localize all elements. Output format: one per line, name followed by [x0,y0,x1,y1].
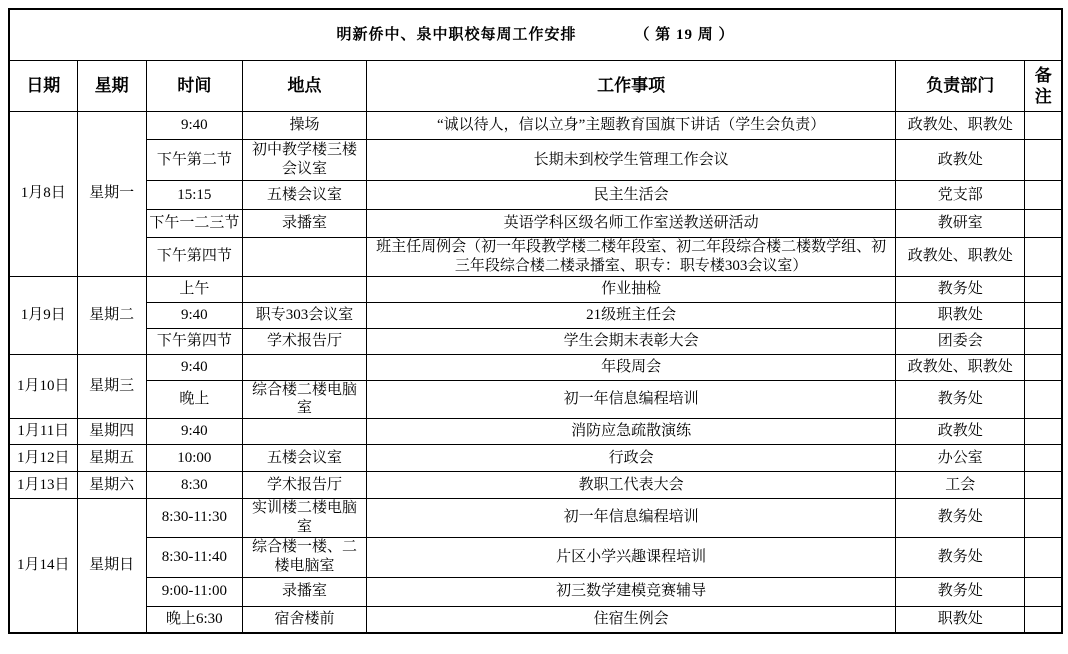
weekday-cell: 星期三 [77,354,146,419]
department-cell: 工会 [896,472,1025,499]
remark-cell [1025,210,1062,238]
table-row: 9:40 职专303会议室 21级班主任会 职教处 [9,302,1062,328]
time-cell: 9:00-11:00 [146,577,242,606]
location-cell [242,354,366,380]
table-row: 下午一二三节 录播室 英语学科区级名师工作室送教送研活动 教研室 [9,210,1062,238]
location-cell: 学术报告厅 [242,472,366,499]
location-cell [242,419,366,445]
date-cell: 1月11日 [9,419,77,445]
task-cell: 消防应急疏散演练 [367,419,896,445]
time-cell: 8:30 [146,472,242,499]
department-cell: 教务处 [896,577,1025,606]
location-cell: 职专303会议室 [242,302,366,328]
department-cell: 团委会 [896,328,1025,354]
col-header-weekday: 星期 [77,61,146,112]
table-title-cell: 明新侨中、泉中职校每周工作安排 （ 第 19 周 ） [9,9,1062,61]
table-row: 下午第二节 初中教学楼三楼会议室 长期未到校学生管理工作会议 政教处 [9,140,1062,181]
task-cell: 初三数学建模竞赛辅导 [367,577,896,606]
location-cell: 初中教学楼三楼会议室 [242,140,366,181]
remark-cell [1025,181,1062,210]
table-row: 下午第四节 学术报告厅 学生会期末表彰大会 团委会 [9,328,1062,354]
weekday-cell: 星期五 [77,445,146,472]
department-cell: 教务处 [896,537,1025,577]
time-cell: 8:30-11:40 [146,537,242,577]
task-cell: 作业抽检 [367,276,896,302]
task-cell: 英语学科区级名师工作室送教送研活动 [367,210,896,238]
department-cell: 办公室 [896,445,1025,472]
weekday-cell: 星期日 [77,499,146,634]
location-cell: 综合楼一楼、二楼电脑室 [242,537,366,577]
location-cell: 五楼会议室 [242,445,366,472]
page-title: 明新侨中、泉中职校每周工作安排 [336,26,576,45]
table-row: 8:30-11:40 综合楼一楼、二楼电脑室 片区小学兴趣课程培训 教务处 [9,537,1062,577]
remark-cell [1025,445,1062,472]
location-cell: 操场 [242,112,366,140]
col-header-location: 地点 [242,61,366,112]
table-row: 1月12日 星期五 10:00 五楼会议室 行政会 办公室 [9,445,1062,472]
task-cell: 教职工代表大会 [367,472,896,499]
date-cell: 1月14日 [9,499,77,634]
date-cell: 1月8日 [9,112,77,277]
time-cell: 上午 [146,276,242,302]
department-cell: 职教处 [896,302,1025,328]
department-cell: 教务处 [896,380,1025,419]
task-cell: 片区小学兴趣课程培训 [367,537,896,577]
remark-cell [1025,354,1062,380]
task-cell: 初一年信息编程培训 [367,380,896,419]
time-cell: 下午第二节 [146,140,242,181]
location-cell: 录播室 [242,210,366,238]
time-cell: 下午第四节 [146,328,242,354]
table-row: 1月14日 星期日 8:30-11:30 实训楼二楼电脑室 初一年信息编程培训 … [9,499,1062,538]
schedule-page: 明新侨中、泉中职校每周工作安排 （ 第 19 周 ） 日期 星期 时间 地点 工… [0,0,1068,654]
col-header-time: 时间 [146,61,242,112]
weekday-cell: 星期一 [77,112,146,277]
remark-cell [1025,606,1062,633]
remark-cell [1025,499,1062,538]
date-cell: 1月13日 [9,472,77,499]
title-row: 明新侨中、泉中职校每周工作安排 （ 第 19 周 ） [9,9,1062,61]
table-row: 1月8日 星期一 9:40 操场 “诚以待人，信以立身”主题教育国旗下讲话（学生… [9,112,1062,140]
remark-cell [1025,577,1062,606]
task-cell: 长期未到校学生管理工作会议 [367,140,896,181]
col-header-task: 工作事项 [367,61,896,112]
header-row: 日期 星期 时间 地点 工作事项 负责部门 备注 [9,61,1062,112]
remark-cell [1025,419,1062,445]
location-cell: 实训楼二楼电脑室 [242,499,366,538]
time-cell: 晚上6:30 [146,606,242,633]
task-cell: 学生会期末表彰大会 [367,328,896,354]
weekday-cell: 星期六 [77,472,146,499]
department-cell: 政教处 [896,140,1025,181]
location-cell [242,238,366,277]
col-header-remark: 备注 [1025,61,1062,112]
time-cell: 9:40 [146,354,242,380]
task-cell: 年段周会 [367,354,896,380]
time-cell: 10:00 [146,445,242,472]
table-row: 晚上 综合楼二楼电脑室 初一年信息编程培训 教务处 [9,380,1062,419]
time-cell: 9:40 [146,419,242,445]
table-row: 1月10日 星期三 9:40 年段周会 政教处、职教处 [9,354,1062,380]
remark-cell [1025,380,1062,419]
table-row: 1月13日 星期六 8:30 学术报告厅 教职工代表大会 工会 [9,472,1062,499]
task-cell: 民主生活会 [367,181,896,210]
table-row: 9:00-11:00 录播室 初三数学建模竞赛辅导 教务处 [9,577,1062,606]
weekly-schedule-table: 明新侨中、泉中职校每周工作安排 （ 第 19 周 ） 日期 星期 时间 地点 工… [8,8,1063,634]
remark-cell [1025,302,1062,328]
task-cell: 班主任周例会（初一年段教学楼二楼年段室、初二年段综合楼二楼数学组、初三年段综合楼… [367,238,896,277]
task-cell: 21级班主任会 [367,302,896,328]
task-cell: 住宿生例会 [367,606,896,633]
table-row: 1月11日 星期四 9:40 消防应急疏散演练 政教处 [9,419,1062,445]
date-cell: 1月9日 [9,276,77,354]
time-cell: 晚上 [146,380,242,419]
remark-cell [1025,238,1062,277]
location-cell: 综合楼二楼电脑室 [242,380,366,419]
time-cell: 8:30-11:30 [146,499,242,538]
week-number: （ 第 19 周 ） [635,26,735,45]
remark-cell [1025,328,1062,354]
table-row: 1月9日 星期二 上午 作业抽检 教务处 [9,276,1062,302]
department-cell: 教研室 [896,210,1025,238]
department-cell: 职教处 [896,606,1025,633]
location-cell: 宿舍楼前 [242,606,366,633]
location-cell: 录播室 [242,577,366,606]
col-header-department: 负责部门 [896,61,1025,112]
table-row: 15:15 五楼会议室 民主生活会 党支部 [9,181,1062,210]
task-cell: 行政会 [367,445,896,472]
table-row: 下午第四节 班主任周例会（初一年段教学楼二楼年段室、初二年段综合楼二楼数学组、初… [9,238,1062,277]
remark-cell [1025,140,1062,181]
remark-cell [1025,537,1062,577]
date-cell: 1月10日 [9,354,77,419]
time-cell: 9:40 [146,112,242,140]
department-cell: 党支部 [896,181,1025,210]
task-cell: “诚以待人，信以立身”主题教育国旗下讲话（学生会负责） [367,112,896,140]
remark-cell [1025,276,1062,302]
task-cell: 初一年信息编程培训 [367,499,896,538]
department-cell: 教务处 [896,276,1025,302]
time-cell: 15:15 [146,181,242,210]
date-cell: 1月12日 [9,445,77,472]
time-cell: 9:40 [146,302,242,328]
department-cell: 政教处、职教处 [896,354,1025,380]
remark-cell [1025,472,1062,499]
time-cell: 下午一二三节 [146,210,242,238]
department-cell: 政教处、职教处 [896,238,1025,277]
remark-cell [1025,112,1062,140]
weekday-cell: 星期二 [77,276,146,354]
department-cell: 教务处 [896,499,1025,538]
location-cell: 学术报告厅 [242,328,366,354]
col-header-date: 日期 [9,61,77,112]
location-cell [242,276,366,302]
weekday-cell: 星期四 [77,419,146,445]
location-cell: 五楼会议室 [242,181,366,210]
department-cell: 政教处、职教处 [896,112,1025,140]
department-cell: 政教处 [896,419,1025,445]
table-row: 晚上6:30 宿舍楼前 住宿生例会 职教处 [9,606,1062,633]
time-cell: 下午第四节 [146,238,242,277]
